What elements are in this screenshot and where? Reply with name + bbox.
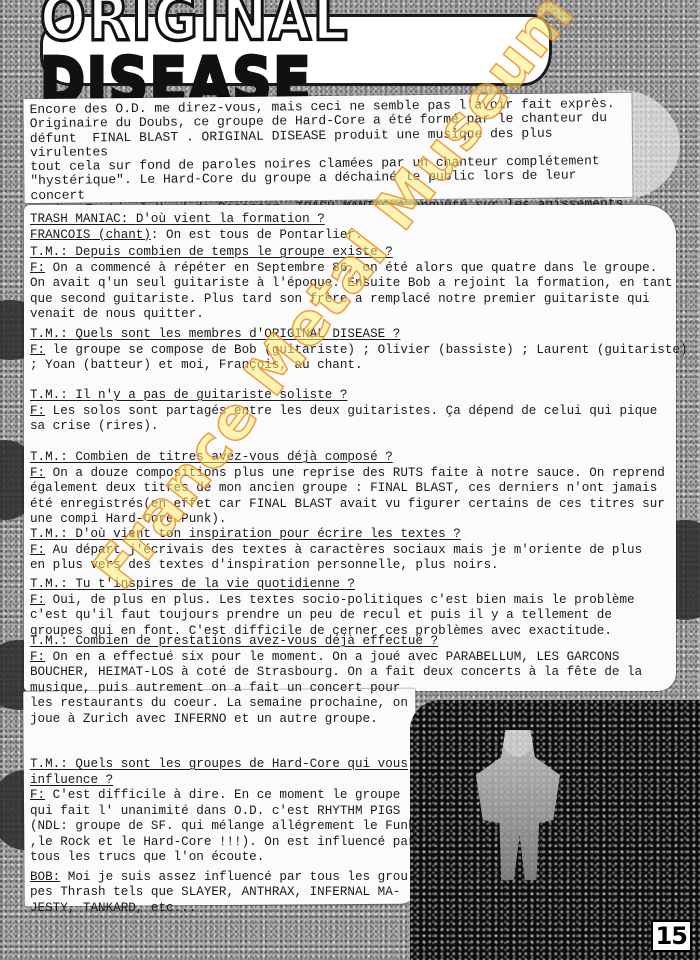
answer-text: Les solos sont partagés entre les deux g… <box>30 404 657 434</box>
question-speaker: T.M.: <box>30 245 75 259</box>
answer-speaker: F: <box>30 404 45 418</box>
qa-block: T.M.: Depuis combien de temps le groupe … <box>30 245 672 323</box>
question: T.M.: Combien de titres avez-vous déjà c… <box>30 450 665 466</box>
answer: F: C'est difficile à dire. En ce moment … <box>30 788 415 866</box>
question-speaker: T.M.: <box>30 450 75 464</box>
qa-block: T.M.: Combien de titres avez-vous déjà c… <box>30 450 665 528</box>
answer: F: Les solos sont partagés entre les deu… <box>30 404 657 435</box>
answer-text: C'est difficile à dire. En ce moment le … <box>30 788 415 864</box>
question-text: Quels sont les membres d'ORIGINAL DISEAS… <box>75 327 400 341</box>
answer: F: On en a effectué six pour le moment. … <box>30 650 642 728</box>
answer-text: Oui, de plus en plus. Les textes socio-p… <box>30 593 635 638</box>
answer-text: Moi je suis assez influencé par tous les… <box>30 870 415 915</box>
answer: FRANCOIS (chant): On est tous de Pontarl… <box>30 228 363 244</box>
answer-speaker: F: <box>30 543 45 557</box>
question: TRASH MANIAC: D'où vient la formation ? <box>30 212 363 228</box>
question: T.M.: D'où vient ton inspiration pour éc… <box>30 527 642 543</box>
answer-text: On a douze compositions plus une reprise… <box>30 466 665 527</box>
qa-block: T.M.: Combien de prestations avez-vous d… <box>30 634 642 727</box>
answer-speaker: F: <box>30 650 45 664</box>
bob-answer: BOB: Moi je suis assez influencé par tou… <box>30 870 415 917</box>
question: T.M.: Depuis combien de temps le groupe … <box>30 245 672 261</box>
qa-block: TRASH MANIAC: D'où vient la formation ?F… <box>30 212 363 243</box>
question-speaker: T.M.: <box>30 577 75 591</box>
question-text: Combien de titres avez-vous déjà composé… <box>75 450 392 464</box>
answer: F: On a douze compositions plus une repr… <box>30 466 665 528</box>
question-text: Quels sont les groupes de Hard-Core qui … <box>30 757 408 787</box>
singer-figure <box>476 730 560 880</box>
answer-text: On en a effectué six pour le moment. On … <box>30 650 642 726</box>
intro-panel: Encore des O.D. me direz-vous, mais ceci… <box>23 93 632 203</box>
qa-block: T.M.: D'où vient ton inspiration pour éc… <box>30 527 642 574</box>
question-speaker: T.M.: <box>30 527 75 541</box>
question: T.M.: Combien de prestations avez-vous d… <box>30 634 642 650</box>
question-text: D'où vient ton inspiration pour écrire l… <box>75 527 460 541</box>
answer-text: On a commencé à répéter en Septembre 86,… <box>30 261 672 322</box>
question-speaker: T.M.: <box>30 634 75 648</box>
answer-speaker: F: <box>30 593 45 607</box>
question-speaker: T.M.: <box>30 388 75 402</box>
question: T.M.: Quels sont les membres d'ORIGINAL … <box>30 327 688 343</box>
question-text: Tu t'inspires de la vie quotidienne ? <box>75 577 355 591</box>
question: T.M.: Il n'y a pas de guitariste soliste… <box>30 388 657 404</box>
question-speaker: T.M.: <box>30 757 75 771</box>
answer: F: Oui, de plus en plus. Les textes soci… <box>30 593 635 640</box>
qa-block: T.M.: Quels sont les membres d'ORIGINAL … <box>30 327 688 374</box>
question-text: Il n'y a pas de guitariste soliste ? <box>75 388 347 402</box>
question-speaker: T.M.: <box>30 327 75 341</box>
question-text: Combien de prestations avez-vous déjà ef… <box>75 634 438 648</box>
question-text: D'où vient la formation ? <box>136 212 325 226</box>
question: T.M.: Quels sont les groupes de Hard-Cor… <box>30 757 415 788</box>
question-text: Depuis combien de temps le groupe existe… <box>75 245 392 259</box>
qa-block: T.M.: Tu t'inspires de la vie quotidienn… <box>30 577 635 639</box>
question-speaker: TRASH MANIAC: <box>30 212 136 226</box>
answer-speaker: F: <box>30 788 45 802</box>
answer: F: On a commencé à répéter en Septembre … <box>30 261 672 323</box>
answer-text: : On est tous de Pontarlier. <box>151 228 363 242</box>
answer-speaker: F: <box>30 466 45 480</box>
band-logo: ORIGINAL DISEASE <box>40 14 552 86</box>
answer-speaker: F: <box>30 343 45 357</box>
answer-speaker: FRANCOIS (chant) <box>30 228 151 242</box>
page-number: 15 <box>651 920 692 952</box>
qa-block: T.M.: Il n'y a pas de guitariste soliste… <box>30 388 657 435</box>
question: T.M.: Tu t'inspires de la vie quotidienn… <box>30 577 635 593</box>
answer: F: le groupe se compose de Bob (guitaris… <box>30 343 688 374</box>
answer: F: Au départ j'écrivais des textes à car… <box>30 543 642 574</box>
qa-block: T.M.: Quels sont les groupes de Hard-Cor… <box>30 757 415 916</box>
answer-text: le groupe se compose de Bob (guitariste)… <box>30 343 688 373</box>
answer-text: Au départ j'écrivais des textes à caract… <box>30 543 642 573</box>
answer-speaker: BOB: <box>30 870 60 884</box>
answer-speaker: F: <box>30 261 45 275</box>
